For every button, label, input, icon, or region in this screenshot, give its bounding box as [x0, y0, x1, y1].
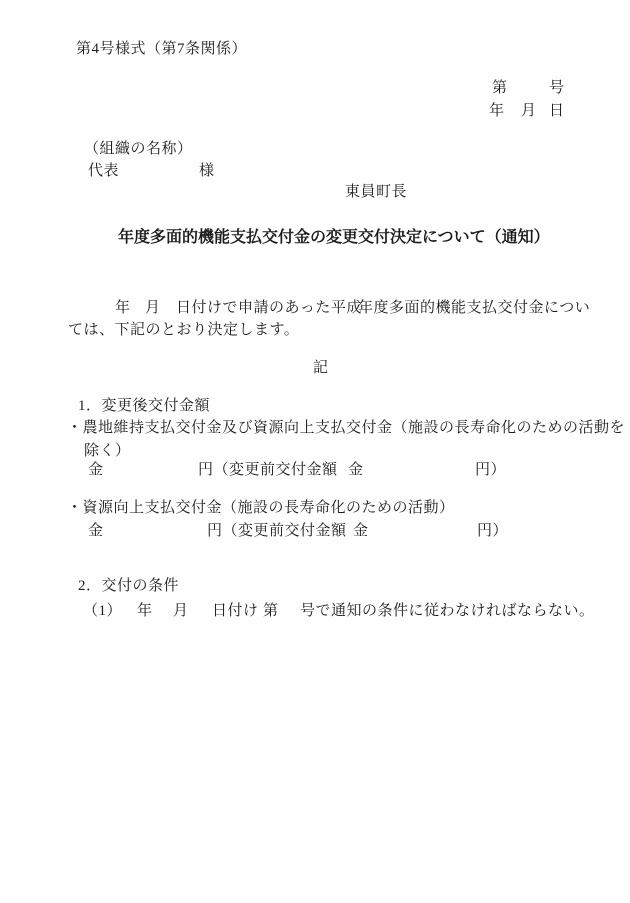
amount2-kin-before: 金	[353, 523, 369, 540]
section1-item1-line2: 除く）	[84, 443, 131, 460]
condition1-year: 年	[137, 603, 153, 620]
amount1-yen-before-label: 円（変更前交付金額	[198, 462, 338, 479]
date-month-label: 月	[521, 103, 537, 120]
condition1-number: （1）	[83, 603, 122, 620]
body-line1-end: 年度多面的機能支払交付金につい	[358, 300, 590, 317]
amount1-kin-before: 金	[348, 462, 364, 479]
addressee-representative: 代表	[88, 163, 119, 180]
doc-number-suffix: 号	[549, 80, 565, 97]
body-line1-mid: 日付けで申請のあった平成	[176, 300, 362, 317]
form-number: 第4号様式（第7条関係）	[76, 41, 247, 58]
addressee-honorific: 様	[199, 163, 215, 180]
condition1-date-suffix: 日付け	[212, 603, 259, 620]
condition1-dai: 第	[263, 603, 279, 620]
document-page: 第4号様式（第7条関係） 第 号 年 月 日 （組織の名称） 代表 様 東員町長…	[0, 0, 630, 903]
condition1-rest: 号で通知の条件に従わなければならない。	[300, 603, 595, 620]
section2-heading: 2．交付の条件	[78, 578, 179, 595]
amount1-kin-after: 金	[88, 462, 104, 479]
amount1-yen-close: 円）	[475, 462, 506, 479]
document-title: 年度多面的機能支払交付金の変更交付決定について（通知）	[118, 229, 550, 246]
body-line1-month: 月	[145, 300, 161, 317]
body-line1-year: 年	[115, 300, 131, 317]
amount2-yen-before-label: 円（変更前交付金額	[207, 523, 347, 540]
condition1-month: 月	[173, 603, 189, 620]
sender-mayor: 東員町長	[345, 184, 407, 201]
date-day-label: 日	[549, 103, 565, 120]
section1-heading: 1．変更後交付金額	[78, 398, 210, 415]
amount2-yen-close: 円）	[477, 523, 508, 540]
section1-item2: ・資源向上支払交付金（施設の長寿命化のための活動）	[67, 500, 455, 517]
date-year-label: 年	[489, 103, 505, 120]
amount2-kin-after: 金	[88, 523, 104, 540]
section1-item1-line1: ・農地維持支払交付金及び資源向上支払交付金（施設の長寿命化のための活動を	[67, 420, 625, 437]
record-mark: 記	[313, 360, 329, 377]
addressee-org-label: （組織の名称）	[84, 141, 193, 158]
doc-number-prefix: 第	[492, 80, 508, 97]
body-line2: ては、下記のとおり決定します。	[68, 322, 299, 339]
